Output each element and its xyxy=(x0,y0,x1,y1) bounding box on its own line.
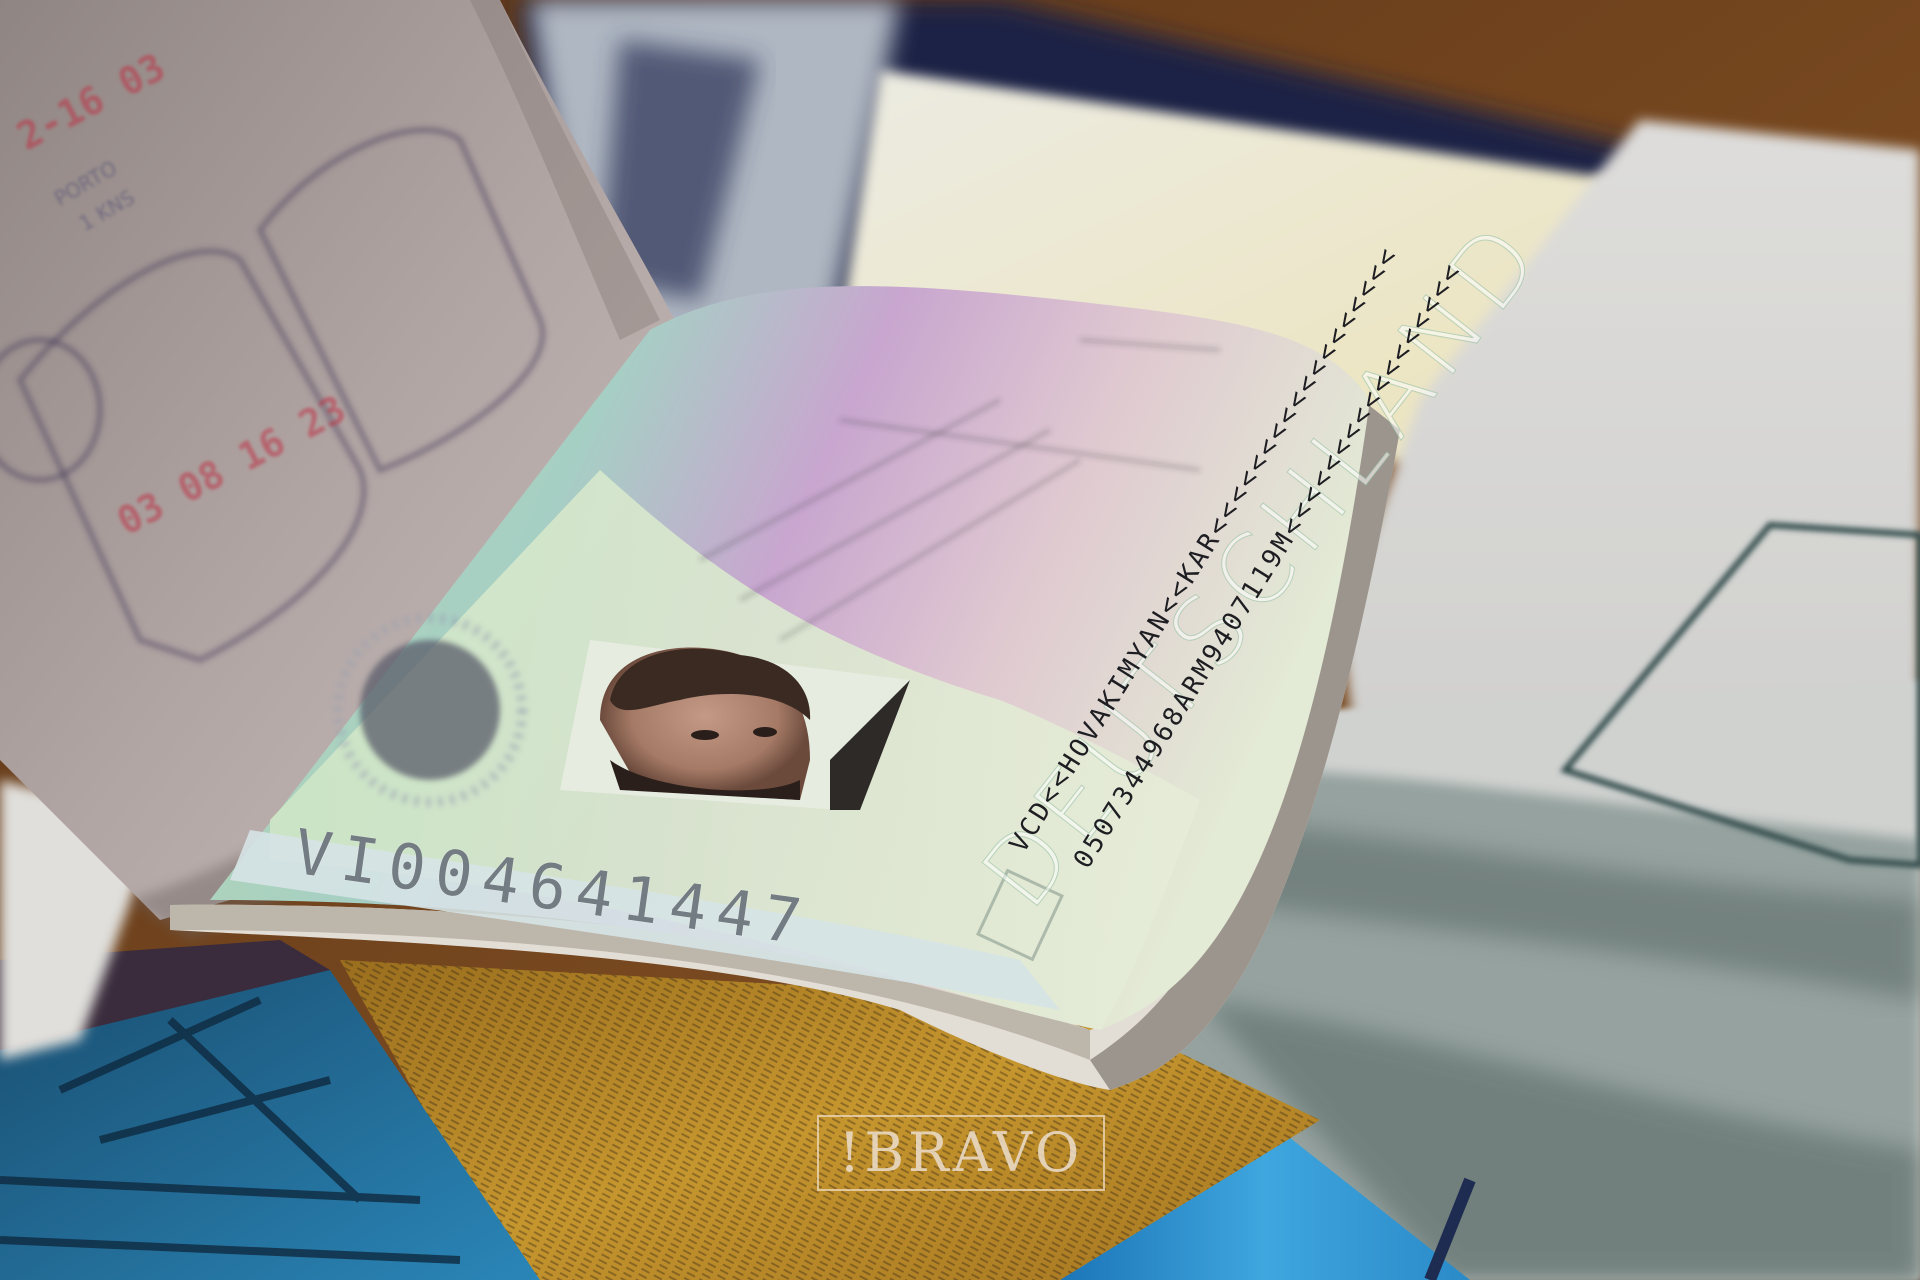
bravo-watermark: !BRAVO xyxy=(817,1115,1105,1191)
photo-scene xyxy=(0,0,1920,1280)
watermark-text: !BRAVO xyxy=(839,1126,1084,1180)
